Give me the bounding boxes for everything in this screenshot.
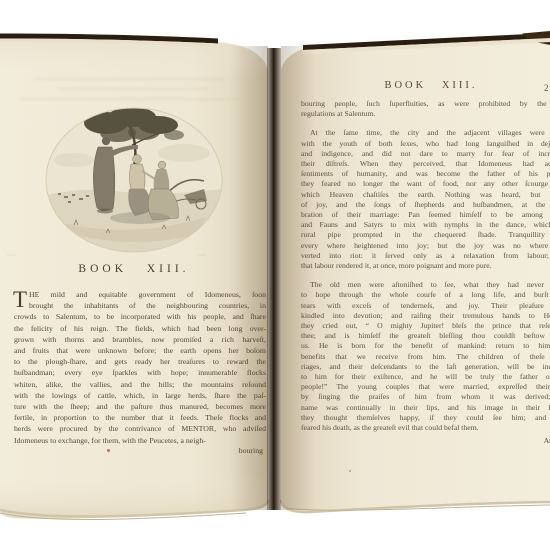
text-line: grown with thorns and brambles, now prom… (14, 334, 266, 345)
text-line: and indigence, and did not dare to marry… (301, 149, 550, 159)
left-catchword: bouring (14, 446, 263, 455)
page-showthrough (20, 98, 240, 100)
text-line: us. He is born for the benefit of mankin… (301, 341, 550, 351)
text-line: ſentiments of humanity, and was become t… (301, 169, 550, 179)
text-line: regulations at Salentum. (301, 109, 550, 119)
gutter (267, 48, 281, 510)
text-line: which Heaven chaſtiſes the earth. Nothin… (301, 190, 550, 200)
text-line: HE mild and equitable government of Idom… (14, 289, 266, 300)
text-line: by ſinging the praiſes of him from whom … (301, 392, 550, 402)
engraver-credit-left: —·— (7, 252, 15, 257)
text-line: Idomeneus to exchange, for them, with th… (14, 435, 266, 446)
text-line: to the plough-ſhare, and gets ready her … (14, 356, 266, 367)
paragraph: HE mild and equitable government of Idom… (14, 289, 266, 446)
ink-speck (107, 449, 110, 452)
text-line: they feared no longer the want of food, … (301, 179, 550, 189)
text-line: and Fauns and Satyrs to mix with nymphs … (301, 220, 550, 230)
text-line: The old men were aſtoniſhed to ſee, what… (301, 280, 550, 290)
text-line: to hope through the whole courſe of a lo… (301, 290, 550, 300)
text-line: riages, and their deſcendants to the laſ… (301, 362, 550, 372)
page-showthrough (34, 78, 224, 80)
paragraph: bouring people, ſuch ſuperfluities, as w… (301, 99, 550, 119)
text-line: brought the inhabitants of the neighbour… (14, 300, 266, 311)
text-line: feared his death, as the greateſt evil t… (301, 423, 550, 433)
text-line: and fruits that were unknown before; the… (14, 345, 266, 356)
text-line: crowds to Salentum, to be incorporated w… (14, 311, 266, 322)
left-page-heading: BOOK XIII. (0, 263, 268, 275)
text-line: they thought themſelves happy, if they c… (301, 413, 550, 423)
text-line: to him for their exiſtence, and he will … (301, 372, 550, 382)
text-line: rural pipe prompted in the chequered ſha… (301, 230, 550, 240)
left-page-body: HE mild and equitable government of Idom… (14, 289, 266, 446)
text-line: herds were procured by the contrivance o… (14, 423, 266, 434)
book-photograph: —·— —·— BOOK XIII. T HE mild and equitab… (0, 0, 550, 550)
text-line: benefits that we receive from him. The c… (301, 352, 550, 362)
text-line: their diſtreſs. When they perceived, tha… (301, 159, 550, 169)
text-line: bration of their marriage: Pan ſeemed hi… (301, 210, 550, 220)
text-line: fertile, in proportion to the number tha… (14, 412, 266, 423)
engraver-credit-right: —·— (198, 252, 206, 257)
paragraph: The old men were aſtoniſhed to ſee, what… (301, 280, 550, 433)
text-line: whiten, alike, the vallies, and the hill… (14, 379, 266, 390)
text-line: kindled into devotion; and raiſing their… (301, 311, 550, 321)
text-line: every where heightened into joy; but the… (301, 241, 550, 251)
text-line: that labour rendered it, at once, more p… (301, 261, 550, 271)
text-line: At the ſame time, the city and the adjac… (301, 128, 550, 138)
paragraph: At the ſame time, the city and the adjac… (301, 128, 550, 271)
text-line: people!” The young couples that were mar… (301, 382, 550, 392)
text-line: thee; and is himſelf the greateſt bleſſi… (301, 331, 550, 341)
page-number-partial: 2 (544, 83, 549, 93)
text-line: with the lowings of cattle, which, in la… (14, 390, 266, 401)
text-line: with the youth of both ſexes, who had lo… (301, 139, 550, 149)
text-line: verted into riot: it ſerved only as a re… (301, 251, 550, 261)
text-line: huſbandman; every eye ſparkles with hope… (14, 367, 266, 378)
text-line: the felicity of his reign. The fields, w… (14, 323, 266, 334)
text-line: of joy, and the ſongs of ſhepherds and h… (301, 200, 550, 210)
text-line: bouring people, ſuch ſuperfluities, as w… (301, 99, 550, 109)
ink-speck (349, 470, 351, 472)
text-line: they cried out, “ O mighty Jupiter! bleſ… (301, 321, 550, 331)
text-line: name was continually in their lips, and … (301, 403, 550, 413)
text-line: tears with exceſs of tenderneſs, and joy… (301, 301, 550, 311)
right-page-body: bouring people, ſuch ſuperfluities, as w… (301, 99, 550, 433)
text-line: ture with the ſheep; and the paſture thu… (14, 401, 266, 412)
page-showthrough (58, 88, 208, 90)
right-page-heading: BOOK XIII. (300, 80, 550, 91)
engraving-illustration (44, 105, 224, 255)
right-catchword: An (301, 436, 550, 445)
